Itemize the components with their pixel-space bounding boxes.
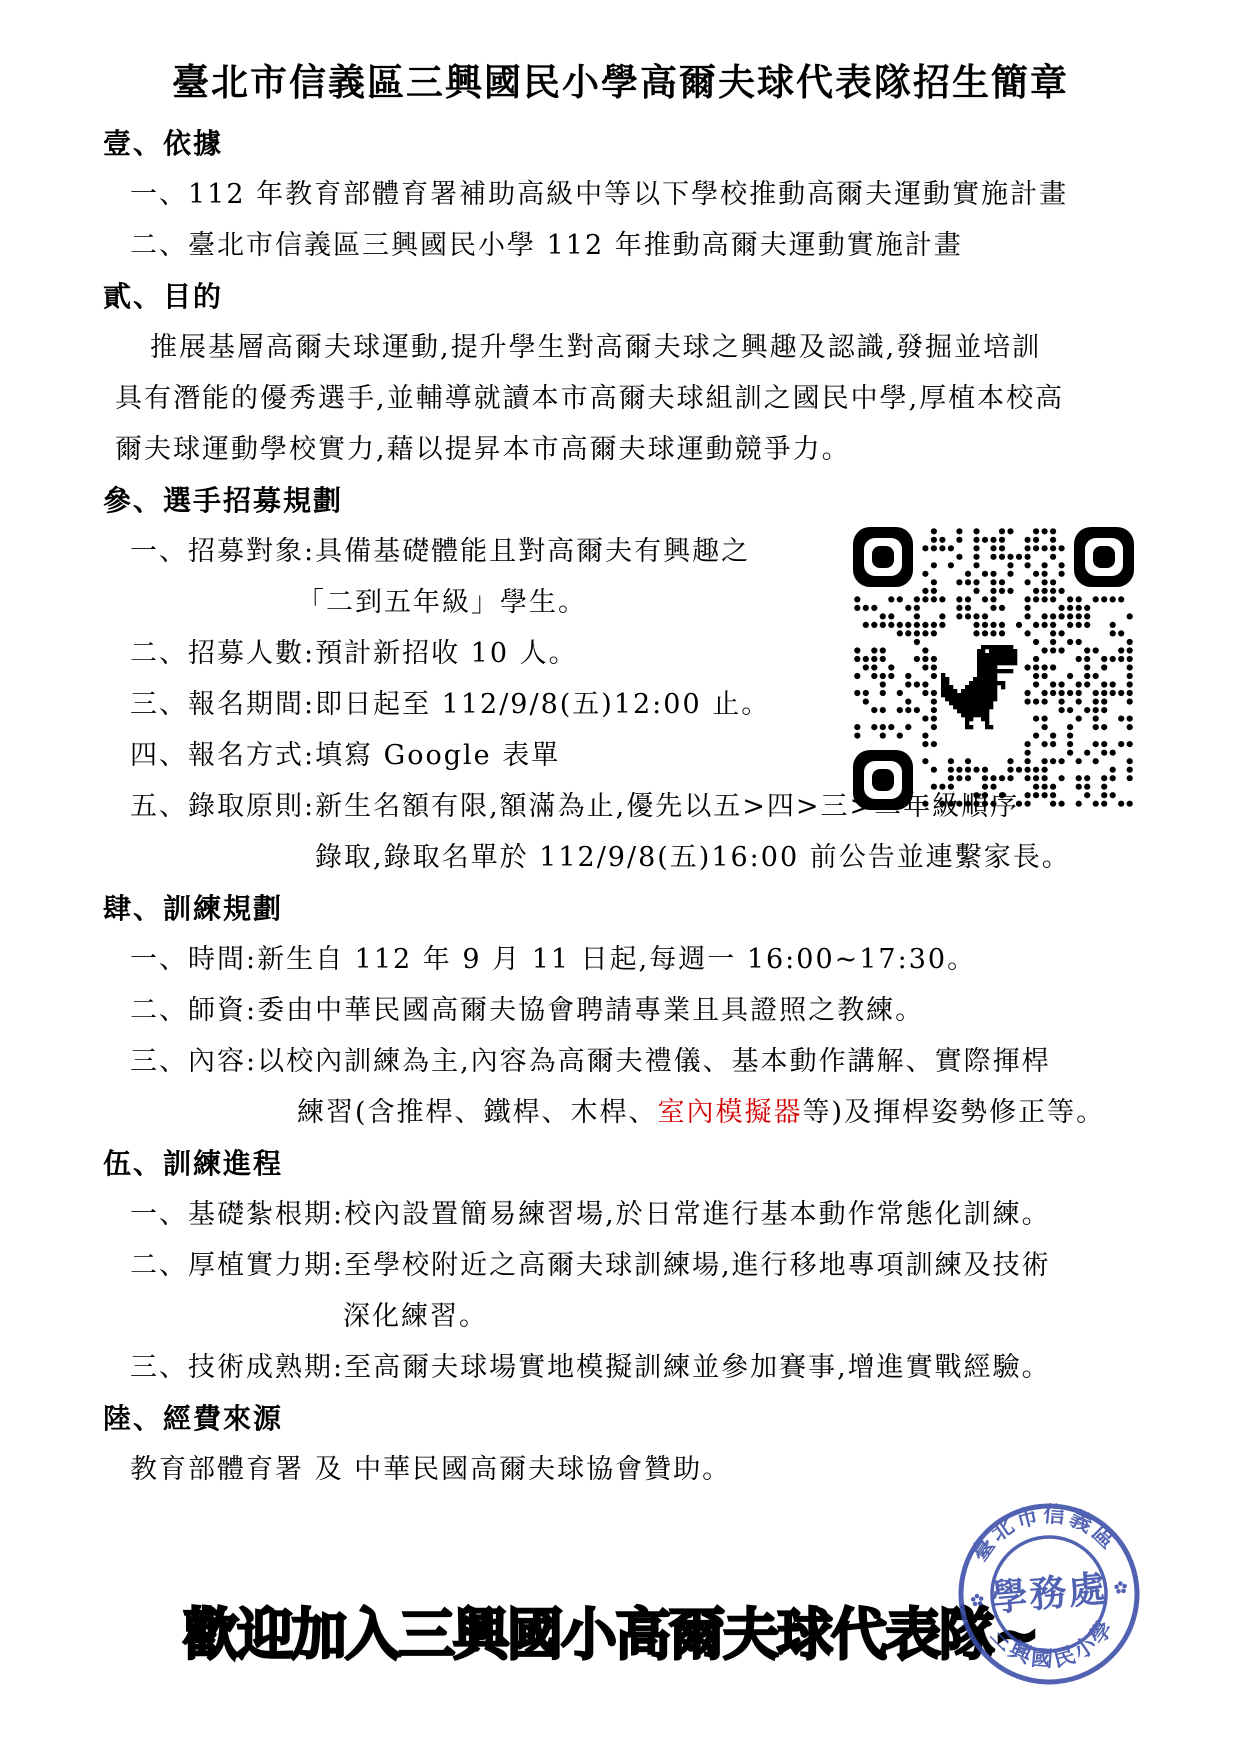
- qr-finder-bottom-left: [853, 750, 913, 810]
- list-item: 三、技術成熟期:至高爾夫球場實地模擬訓練並參加賽事,增進實戰經驗。: [130, 1342, 1241, 1393]
- list-item: 三、內容:以校內訓練為主,內容為高爾夫禮儀、基本動作講解、實際揮桿: [130, 1036, 1241, 1087]
- section-heading-5: 伍、訓練進程: [103, 1138, 1241, 1189]
- plum-blossom-icon-left: [970, 1593, 984, 1606]
- list-item: 二、師資:委由中華民國高爾夫協會聘請專業且具證照之教練。: [130, 985, 1241, 1036]
- dino-icon: [941, 645, 1017, 729]
- list-item: 一、112 年教育部體育署補助高級中等以下學校推動高爾夫運動實施計畫: [130, 169, 1241, 220]
- section-heading-1: 壹、依據: [103, 118, 1241, 169]
- section-heading-2: 貳、目的: [103, 271, 1241, 322]
- paragraph-line: 教育部體育署 及 中華民國高爾夫球協會贊助。: [130, 1444, 1241, 1495]
- paragraph-line: 具有潛能的優秀選手,並輔導就讀本市高爾夫球組訓之國民中學,厚植本校高: [115, 373, 1241, 424]
- list-item: 一、時間:新生自 112 年 9 月 11 日起,每週一 16:00~17:30…: [130, 934, 1241, 985]
- qr-code: [853, 527, 1134, 810]
- seal-center-text: 學務處: [989, 1566, 1109, 1620]
- qr-finder-top-right: [1074, 527, 1134, 587]
- list-item-continuation: 深化練習。: [343, 1291, 1241, 1342]
- list-item-continuation: 練習(含推桿、鐵桿、木桿、室內模擬器等)及揮桿姿勢修正等。: [297, 1087, 1241, 1138]
- section-heading-3: 參、選手招募規劃: [103, 475, 1241, 526]
- official-seal: 臺北市信義區 三興國民小學 學務處: [957, 1502, 1141, 1686]
- list-item: 二、厚植實力期:至學校附近之高爾夫球訓練場,進行移地專項訓練及技術: [130, 1240, 1241, 1291]
- plum-blossom-icon-right: [1114, 1581, 1128, 1594]
- qr-finder-top-left: [853, 527, 913, 587]
- page-title: 臺北市信義區三興國民小學高爾夫球代表隊招生簡章: [0, 0, 1241, 114]
- section-heading-4: 肆、訓練規劃: [103, 883, 1241, 934]
- document-page: 臺北市信義區三興國民小學高爾夫球代表隊招生簡章 壹、依據 一、112 年教育部體…: [0, 0, 1241, 1755]
- paragraph-line: 爾夫球運動學校實力,藉以提昇本市高爾夫球運動競爭力。: [115, 424, 1241, 475]
- continuation-text: 練習(含推桿、鐵桿、木桿、: [297, 1097, 658, 1128]
- list-item: 一、基礎紮根期:校內設置簡易練習場,於日常進行基本動作常態化訓練。: [130, 1189, 1241, 1240]
- paragraph-line: 推展基層高爾夫球運動,提升學生對高爾夫球之興趣及認識,發掘並培訓: [150, 322, 1241, 373]
- section-heading-6: 陸、經費來源: [103, 1393, 1241, 1444]
- list-item: 二、臺北市信義區三興國民小學 112 年推動高爾夫運動實施計畫: [130, 220, 1241, 271]
- continuation-text: 等)及揮桿姿勢修正等。: [803, 1097, 1106, 1128]
- list-item-continuation: 錄取,錄取名單於 112/9/8(五)16:00 前公告並連繫家長。: [315, 832, 1241, 883]
- highlighted-red-text: 室內模擬器: [658, 1097, 803, 1128]
